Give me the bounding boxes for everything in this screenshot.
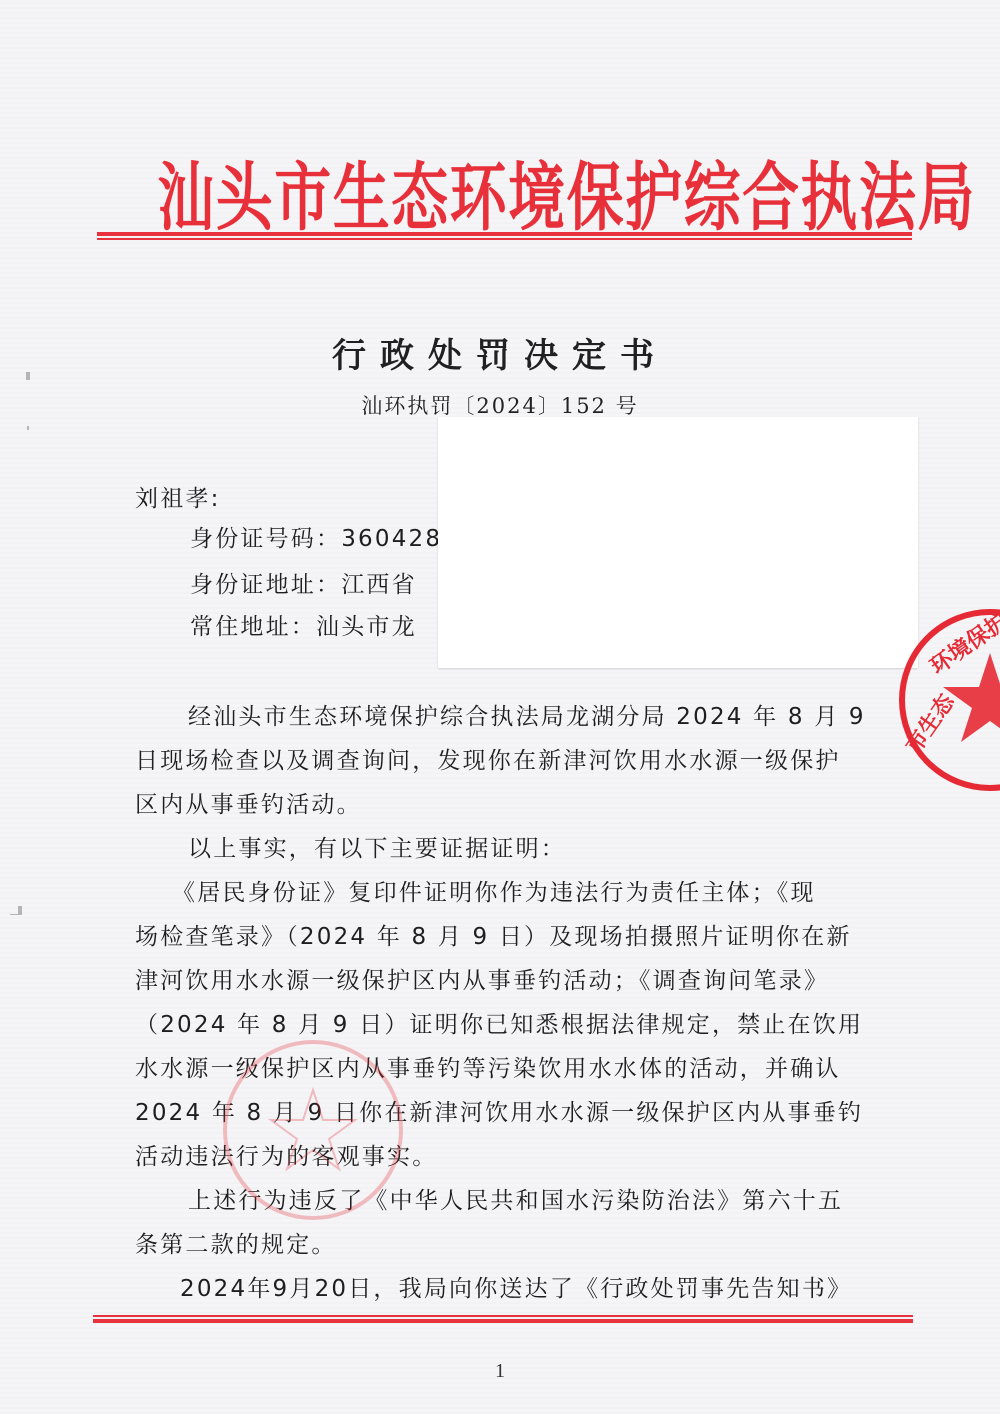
scan-speck: [26, 372, 30, 380]
party-name: 刘祖孝:: [135, 480, 221, 513]
scan-speck: [18, 906, 22, 914]
party-residence: 常住地址：汕头市龙: [190, 608, 417, 641]
body-line: 日现场检查以及调查询问，发现你在新津河饮用水水源一级保护: [135, 742, 841, 775]
redaction-box: [438, 417, 918, 668]
body-line: 津河饮用水水源一级保护区内从事垂钓活动；《调查询问笔录》: [135, 962, 829, 995]
footer-rule-thick: [93, 1319, 913, 1323]
party-id-number: 身份证号码：360428I: [190, 520, 451, 553]
scan-speck: [10, 914, 22, 915]
letterhead-rule-thick: [97, 232, 912, 236]
document-number: 汕环执罚〔2024〕152 号: [0, 390, 1000, 420]
document-title: 行政处罚决定书: [0, 328, 1000, 377]
body-line: 区内从事垂钓活动。: [135, 786, 362, 819]
letterhead-org-name: 汕头市生态环境保护综合执法局: [157, 138, 862, 244]
svg-text:市生态: 市生态: [901, 689, 960, 758]
official-seal-icon: 市生态 环境保护: [895, 605, 1000, 795]
scan-speck: [27, 426, 29, 430]
letterhead-rule-thin: [97, 238, 912, 240]
page-number: 1: [0, 1360, 1000, 1383]
party-id-address: 身份证地址：江西省: [190, 566, 417, 599]
body-line: 场检查笔录》（2024 年 8 月 9 日）及现场拍摄照片证明你在新: [135, 918, 852, 951]
footer-rule-thin: [93, 1315, 913, 1317]
body-line: 《居民身份证》复印件证明你作为违法行为责任主体；《现: [172, 874, 816, 907]
body-line: 经汕头市生态环境保护综合执法局龙湖分局 2024 年 8 月 9: [188, 698, 866, 731]
body-line: 以上事实，有以下主要证据证明：: [188, 830, 566, 863]
faint-seal-impression-icon: [218, 1035, 408, 1225]
body-line: 条第二款的规定。: [135, 1226, 337, 1259]
body-line: 2024年9月20日，我局向你送达了《行政处罚事先告知书》: [180, 1270, 852, 1303]
